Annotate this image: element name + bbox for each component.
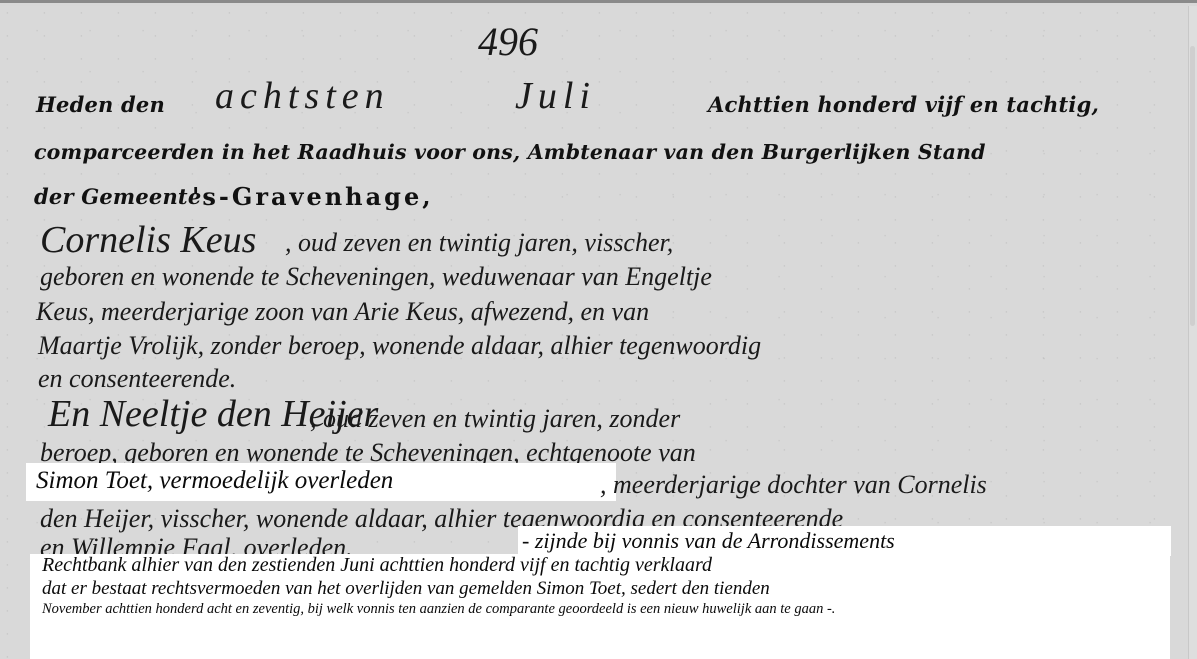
bride-line-5-patch: - zijnde bij vonnis van de Arrondissemen… <box>522 528 895 554</box>
header-day: achtsten <box>215 74 390 118</box>
vertical-scrollbar[interactable] <box>1188 6 1197 659</box>
groom-line-4: Maartje Vrolijk, zonder beroep, wonende … <box>38 331 761 361</box>
document-viewer: 496 Heden den achtsten Juli Achttien hon… <box>0 0 1197 659</box>
correction-patch-judgment: Rechtbank alhier van den zestienden Juni… <box>30 554 1170 659</box>
header-year: Achttien honderd vijf en tachtig, <box>708 92 1099 117</box>
header-prefix: Heden den <box>36 92 165 117</box>
groom-line-2: geboren en wonende te Scheveningen, wedu… <box>40 262 712 292</box>
judgment-line-2: dat er bestaat rechtsvermoeden van het o… <box>42 578 770 600</box>
scrollbar-thumb[interactable] <box>1190 46 1195 326</box>
printed-line-3-prefix: der Gemeente <box>34 184 201 209</box>
correction-patch-top: - zijnde bij vonnis van de Arrondissemen… <box>518 526 1171 556</box>
bride-line-3: , meerderjarige dochter van Cornelis <box>600 470 987 500</box>
bride-line-3-patch: Simon Toet, vermoedelijk overleden <box>36 467 393 495</box>
judgment-line-1: Rechtbank alhier van den zestienden Juni… <box>42 554 712 577</box>
printed-line-2: comparceerden in het Raadhuis voor ons, … <box>34 140 986 164</box>
groom-line-3: Keus, meerderjarige zoon van Arie Keus, … <box>36 297 649 327</box>
judgment-line-3: November achttien honderd acht en zevent… <box>42 601 835 618</box>
scanned-register-page: 496 Heden den achtsten Juli Achttien hon… <box>0 6 1189 659</box>
bride-line-1: , oud zeven en twintig jaren, zonder <box>310 404 680 434</box>
header-month: Juli <box>515 74 596 118</box>
groom-line-5: en consenteerende. <box>38 364 236 394</box>
page-number: 496 <box>478 18 538 65</box>
correction-patch-husband: Simon Toet, vermoedelijk overleden <box>26 463 616 501</box>
groom-name: Cornelis Keus <box>40 218 256 262</box>
groom-line-1: , oud zeven en twintig jaren, visscher, <box>285 228 673 258</box>
municipality: 's-Gravenhage, <box>192 182 434 211</box>
